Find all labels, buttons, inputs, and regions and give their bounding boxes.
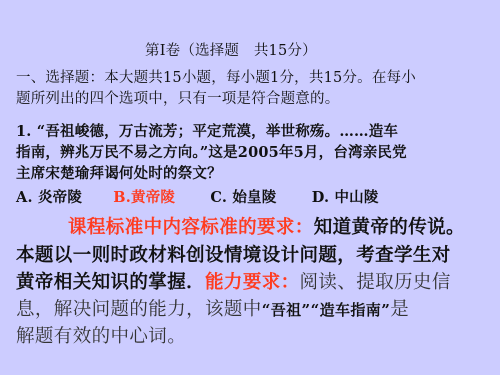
instructions-line-2: 题所列出的四个选项中，只有一项是符合题意的。	[16, 87, 339, 108]
options-row: A. 炎帝陵 B.黄帝陵 C. 始皇陵 D. 中山陵	[16, 186, 379, 207]
ability-requirement-text: 阅读、提取历史信	[300, 272, 451, 293]
question-line-1: 1. “吾祖峻德，万古流芳；平定荒漠，举世称殇。……造车	[16, 120, 398, 141]
explanation-knowledge-text: 黄帝相关知识的掌握．	[16, 272, 205, 293]
question-line-3: 主席宋楚瑜拜谒何处时的祭文？	[16, 162, 222, 183]
keyword-zaoche-zhinan: “造车指南”	[311, 301, 391, 319]
section-title: 第Ⅰ卷（选择题 共15分）	[145, 39, 317, 60]
ability-text-continued: 息，解决问题的能力，该题中	[16, 299, 262, 320]
explanation-line-2: 本题以一则时政材料创设情境设计问题，考查学生对	[16, 241, 451, 267]
curriculum-requirement-label: 课程标准中内容标准的要求：	[68, 217, 314, 238]
explanation-line-5: 解题有效的中心词。	[16, 322, 186, 348]
explanation-line-4: 息，解决问题的能力，该题中“吾祖”“造车指南”是	[16, 295, 409, 321]
option-d: D. 中山陵	[312, 186, 379, 207]
slide: 第Ⅰ卷（选择题 共15分） 一、选择题：本大题共15小题，每小题1分，共15分。…	[0, 0, 500, 375]
explanation-line-1: 课程标准中内容标准的要求：知道黄帝的传说。	[68, 213, 465, 239]
curriculum-requirement-text: 知道黄帝的传说。	[314, 217, 465, 238]
question-line-2: 指南，辨兆万民不易之方向。”这是2005年5月，台湾亲民党	[16, 141, 407, 162]
instructions-line-1: 一、选择题：本大题共15小题，每小题1分，共15分。在每小	[16, 66, 416, 87]
option-a: A. 炎帝陵	[16, 186, 82, 207]
ability-text-end: 是	[390, 299, 409, 320]
keyword-wuzu: “吾祖”	[262, 301, 311, 319]
explanation-line-3: 黄帝相关知识的掌握．能力要求：阅读、提取历史信	[16, 268, 451, 294]
ability-requirement-label: 能力要求：	[205, 272, 300, 293]
option-c: C. 始皇陵	[210, 186, 276, 207]
option-b-correct: B.黄帝陵	[113, 186, 175, 207]
